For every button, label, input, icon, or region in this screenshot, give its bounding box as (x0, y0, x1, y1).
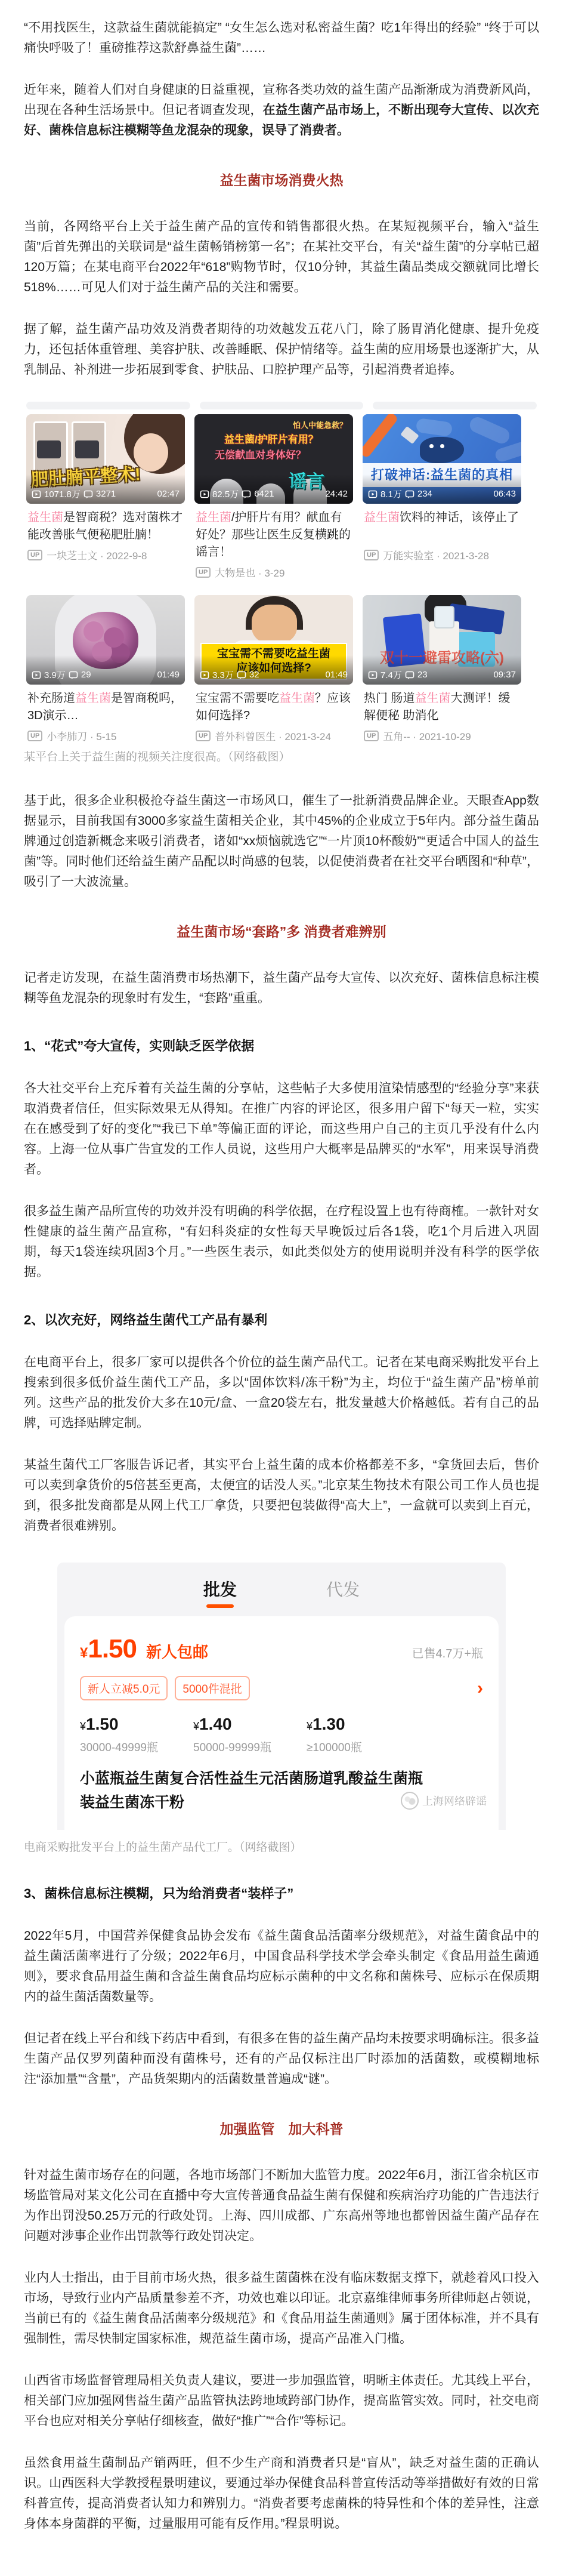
video-title: 益生菌是智商税？选对菌株才能改善胀气便秘肥肚腩！ (27, 509, 184, 544)
video-statbar: 8.1万 234 06:43 (363, 474, 521, 504)
section2-paragraph-7: 但记者在线上平台和线下药店中看到，有很多在售的益生菌产品均未按要求明确标注。很多… (24, 2029, 539, 2090)
video-title-keyword: 益生菌 (75, 692, 111, 705)
section3-heading: 加强监管 加大科普 (24, 2118, 539, 2138)
watermark-logo-icon (401, 1792, 419, 1810)
up-badge-icon: UP (196, 567, 211, 578)
shop-screenshot: 批发 代发 ¥ 1.50 新人包邮 已售4.7万+瓶 新人立减5.0元 5000… (57, 1563, 506, 1830)
thumbnail-art (440, 444, 444, 448)
comment-icon (405, 670, 414, 680)
price-tiers: ¥1.50 30000-49999瓶 ¥1.40 50000-99999瓶 ¥1… (80, 1715, 483, 1755)
comment-icon (69, 670, 78, 680)
section2-subheading-2: 2、以次充好，网络益生菌代工产品有暴利 (24, 1310, 539, 1329)
image-caption-1: 某平台上关于益生菌的视频关注度很高。（网络截图） (24, 749, 539, 766)
uploader-meta: 一块芝士文 · 2022-9-8 (47, 547, 147, 562)
video-title-keyword: 益生菌 (27, 511, 63, 524)
product-panel: ¥ 1.50 新人包邮 已售4.7万+瓶 新人立减5.0元 5000件混批 › … (64, 1616, 499, 1830)
play-count: 1071.8万 (44, 488, 81, 500)
play-count: 8.1万 (381, 488, 402, 500)
section2-paragraph-4: 在电商平台上，很多厂家可以提供各个价位的益生菌产品代工。记者在某电商采购批发平台… (24, 1352, 539, 1434)
thumbnail-overlay-text: 益生菌/护肝片有用？ (224, 431, 318, 446)
thumbnail-art (429, 444, 434, 448)
watermark: 上海网络辟谣 (401, 1792, 487, 1810)
thumbnail-art (416, 418, 453, 437)
video-thumbnail-2: 怕人中能急救？ 益生菌/护肝片有用？ 无偿献血对身体好？ 谣言 82.5万 64… (194, 414, 353, 504)
video-card-2[interactable]: 怕人中能急救？ 益生菌/护肝片有用？ 无偿献血对身体好？ 谣言 82.5万 64… (194, 414, 353, 580)
tier-price: 1.40 (199, 1715, 232, 1733)
thumbnail-art (434, 606, 454, 628)
section2-paragraph-3: 很多益生菌产品所宣传的功效并没有明确的科学依据，在疗程设置上也有待商榷。一款针对… (24, 1201, 539, 1283)
video-uploader: UP一块芝士文 · 2022-9-8 (27, 547, 184, 562)
video-grid: 肥肚腩平整术! 1071.8万 3271 02:47 益生菌是智商税？选对菌株才… (26, 414, 537, 743)
active-tab-underline (206, 1604, 234, 1608)
thumbnail-overlay-text: 怕人中能急救？ (293, 419, 347, 430)
thumbnail-art (75, 440, 99, 458)
tab-wholesale-label: 批发 (203, 1580, 237, 1599)
promo-label: 新人包邮 (146, 1640, 208, 1662)
badge-row: 新人立减5.0元 5000件混批 › (80, 1676, 483, 1700)
mixed-batch-badge: 5000件混批 (175, 1676, 249, 1700)
video-uploader: UP五角-- · 2021-10-29 (364, 728, 520, 743)
section2-paragraph-2: 各大社交平台上充斥着有关益生菌的分享帖，这些帖子大多使用渲染情感型的“经验分享”… (24, 1079, 539, 1180)
play-icon (368, 489, 378, 499)
play-icon (200, 670, 209, 680)
video-thumbnail-1: 肥肚腩平整术! 1071.8万 3271 02:47 (26, 414, 185, 504)
intro-quotes: “不用找医生，这款益生菌就能搞定” “女生怎么选对私密益生菌？吃1年得出的经验”… (24, 18, 539, 58)
play-icon (32, 670, 41, 680)
play-count: 7.4万 (381, 668, 402, 681)
tab-dropship[interactable]: 代发 (326, 1577, 360, 1608)
section3-paragraph-4: 虽然食用益生菌制品产销两旺，但不少生产商和消费者只是“盲从”，缺乏对益生菌的正确… (24, 2453, 539, 2534)
section2-subheading-1: 1、“花式”夸大宣传，实则缺乏医学依据 (24, 1036, 539, 1055)
video-duration: 01:49 (325, 670, 348, 680)
cropped-card (373, 402, 537, 409)
video-card-5[interactable]: 宝宝需不需要吃益生菌 应该如何选择? 3.3万 32 01:49 宝宝需不需要吃… (194, 595, 353, 743)
tab-wholesale[interactable]: 批发 (203, 1577, 237, 1608)
uploader-meta: 小李肺刀 · 5-15 (47, 728, 116, 743)
uploader-meta: 五角-- · 2021-10-29 (383, 728, 471, 743)
video-card-4[interactable]: 3.9万 29 01:49 补充肠道益生菌是智商税吗，3D演示… UP小李肺刀 … (26, 595, 185, 743)
video-card-1[interactable]: 肥肚腩平整术! 1071.8万 3271 02:47 益生菌是智商税？选对菌株才… (26, 414, 185, 580)
section2-heading: 益生菌市场“套路”多 消费者难辨别 (24, 921, 539, 941)
video-title-keyword: 益生菌 (415, 692, 451, 705)
uploader-meta: 万能实验室 · 2021-3-28 (383, 547, 489, 562)
cropped-card (26, 402, 190, 409)
thumbnail-art (468, 415, 512, 446)
main-price: 1.50 (88, 1634, 137, 1664)
video-duration: 01:49 (157, 670, 180, 680)
thumbnail-art (83, 621, 104, 642)
sold-count: 已售4.7万+瓶 (412, 1644, 483, 1661)
video-card-3[interactable]: 打破神话:益生菌的真相 8.1万 234 06:43 益生菌饮料的神话，该停止了… (363, 414, 521, 580)
price-tier-3: ¥1.30 ≥100000瓶 (307, 1715, 420, 1755)
hammer-icon (400, 426, 419, 444)
currency-symbol: ¥ (80, 1645, 88, 1662)
comment-count: 234 (417, 489, 432, 499)
section3-paragraph-3: 山西省市场监督管理局相关负责人建议，要进一步加强监管，明晰主体责任。尤其线上平台… (24, 2371, 539, 2432)
video-title-keyword: 益生菌 (196, 511, 231, 524)
chevron-right-icon[interactable]: › (477, 1683, 483, 1694)
section3-paragraph-1: 针对益生菌市场存在的问题，各地市场部门不断加大监管力度。2022年6月，浙江省余… (24, 2165, 539, 2247)
video-uploader: UP万能实验室 · 2021-3-28 (364, 547, 520, 562)
section3-paragraph-2: 业内人士指出，由于目前市场火热，很多益生菌菌株在没有临床数据支撑下，就趁着风口投… (24, 2268, 539, 2349)
video-title: 热门 肠道益生菌大测评！缓解便秘 助消化 (364, 690, 520, 725)
video-thumbnail-5: 宝宝需不需要吃益生菌 应该如何选择? 3.3万 32 01:49 (194, 595, 353, 685)
video-grid-screenshot: 肥肚腩平整术! 1071.8万 3271 02:47 益生菌是智商税？选对菌株才… (24, 402, 539, 743)
tier-range: 50000-99999瓶 (193, 1739, 307, 1755)
play-count: 82.5万 (212, 488, 239, 500)
comment-count: 23 (417, 670, 428, 680)
section1-paragraph-3: 基于此，很多企业积极抢夺益生菌这一市场风口，催生了一批新消费品牌企业。天眼查Ap… (24, 791, 539, 892)
video-thumbnail-3: 打破神话:益生菌的真相 8.1万 234 06:43 (363, 414, 521, 504)
thumbnail-art (252, 605, 297, 644)
shop-tabs: 批发 代发 (64, 1577, 499, 1608)
video-duration: 09:37 (493, 670, 516, 680)
video-title-post: 饮料的神话，该停止了 (400, 511, 519, 524)
video-title-keyword: 益生菌 (279, 692, 315, 705)
video-title: 益生菌饮料的神话，该停止了 (364, 509, 520, 544)
video-statbar: 82.5万 6421 24:42 (194, 474, 353, 504)
watermark-text: 上海网络辟谣 (422, 1793, 487, 1808)
tier-range: ≥100000瓶 (307, 1739, 420, 1755)
play-count: 3.3万 (212, 668, 234, 681)
comment-count: 29 (81, 670, 91, 680)
play-icon (368, 670, 378, 680)
video-card-6[interactable]: 双十一避雷攻略(六) 7.4万 23 09:37 热门 肠道益生菌大测评！缓解便… (363, 595, 521, 743)
thumbnail-overlay-text: 无偿献血对身体好？ (215, 446, 306, 461)
video-title: 益生菌/护肝片有用？献血有好处？那些让医生反复横跳的谣言！ (196, 509, 352, 561)
uploader-meta: 大物是也 · 3-29 (215, 565, 284, 580)
video-statbar: 3.3万 32 01:49 (194, 655, 353, 685)
video-uploader: UP小李肺刀 · 5-15 (27, 728, 184, 743)
comment-icon (242, 489, 251, 499)
currency-symbol: ¥ (307, 1720, 313, 1732)
price-row: ¥ 1.50 新人包邮 已售4.7万+瓶 (80, 1634, 483, 1664)
video-title: 补充肠道益生菌是智商税吗，3D演示… (27, 690, 184, 725)
video-duration: 06:43 (493, 489, 516, 499)
tier-range: 30000-49999瓶 (80, 1739, 193, 1755)
video-duration: 02:47 (157, 489, 180, 499)
video-statbar: 1071.8万 3271 02:47 (26, 474, 185, 504)
section2-paragraph-5: 某益生菌代工厂客服告诉记者，其实平台上益生菌的成本价格都差不多，“拿货回去后，售… (24, 1455, 539, 1536)
currency-symbol: ¥ (80, 1720, 86, 1732)
section2-paragraph-1: 记者走访发现，在益生菌消费市场热潮下，益生菌产品夸大宣传、以次充好、菌株信息标注… (24, 968, 539, 1009)
section1-paragraph-1: 当前，各网络平台上关于益生菌产品的宣传和销售都很火热。在某短视频平台，输入“益生… (24, 217, 539, 298)
comment-count: 32 (249, 670, 259, 680)
section2-paragraph-6: 2022年5月，中国营养保健食品协会发布《益生菌食品活菌率分级规范》，对益生菌食… (24, 1926, 539, 2007)
play-icon (32, 489, 41, 499)
up-badge-icon: UP (27, 550, 42, 560)
video-title: 宝宝需不需要吃益生菌？应该如何选择? (196, 690, 352, 725)
image-caption-2: 电商采购批发平台上的益生菌产品代工厂。（网络截图） (24, 1839, 539, 1856)
video-statbar: 7.4万 23 09:37 (363, 655, 521, 685)
thumbnail-art (420, 437, 464, 463)
comment-icon (405, 489, 414, 499)
play-count: 3.9万 (44, 668, 66, 681)
video-title-pre: 宝宝需不需要吃 (196, 692, 279, 705)
price-tier-1: ¥1.50 30000-49999瓶 (80, 1715, 193, 1755)
up-badge-icon: UP (196, 731, 211, 741)
tab-dropship-label: 代发 (326, 1580, 360, 1599)
thumbnail-art (494, 440, 521, 463)
currency-symbol: ¥ (193, 1720, 199, 1732)
video-title-keyword: 益生菌 (364, 511, 400, 524)
comment-count: 6421 (254, 489, 274, 499)
section2-subheading-3: 3、菌株信息标注模糊，只为给消费者“装样子” (24, 1884, 539, 1902)
cropped-card (200, 402, 364, 409)
video-title-pre: 热门 肠道 (364, 692, 415, 705)
section1-paragraph-2: 据了解，益生菌产品功效及消费者期待的功效越发五花八门，除了肠胃消化健康、提升免疫… (24, 319, 539, 380)
video-duration: 24:42 (325, 489, 348, 499)
hammer-icon (363, 414, 399, 458)
product-title: 小蓝瓶益生菌复合活性益生元活菌肠道乳酸益生菌瓶装益生菌冻干粉 (80, 1767, 435, 1814)
video-uploader: UP普外科曾医生 · 2021-3-24 (196, 728, 352, 743)
intro-paragraph: 近年来，随着人们对自身健康的日益重视，宣称各类功效的益生菌产品渐渐成为消费新风尚… (24, 80, 539, 141)
up-badge-icon: UP (364, 731, 379, 741)
video-statbar: 3.9万 29 01:49 (26, 655, 185, 685)
cropped-cards-top (26, 402, 537, 409)
video-title-pre: 补充肠道 (27, 692, 75, 705)
video-uploader: UP大物是也 · 3-29 (196, 565, 352, 580)
video-thumbnail-6: 双十一避雷攻略(六) 7.4万 23 09:37 (363, 595, 521, 685)
uploader-meta: 普外科曾医生 · 2021-3-24 (215, 728, 331, 743)
comment-count: 3271 (96, 489, 116, 499)
tier-price: 1.30 (313, 1715, 345, 1733)
tier-price: 1.50 (86, 1715, 119, 1733)
video-thumbnail-4: 3.9万 29 01:49 (26, 595, 185, 685)
thumbnail-art (37, 440, 61, 458)
up-badge-icon: UP (27, 731, 42, 741)
article-page: “不用找医生，这款益生菌就能搞定” “女生怎么选对私密益生菌？吃1年得出的经验”… (0, 0, 563, 2576)
price-tier-2: ¥1.40 50000-99999瓶 (193, 1715, 307, 1755)
section1-heading: 益生菌市场消费火热 (24, 170, 539, 189)
comment-icon (237, 670, 246, 680)
up-badge-icon: UP (364, 550, 379, 560)
play-icon (200, 489, 209, 499)
discount-badge: 新人立减5.0元 (80, 1676, 168, 1700)
comment-icon (83, 489, 93, 499)
